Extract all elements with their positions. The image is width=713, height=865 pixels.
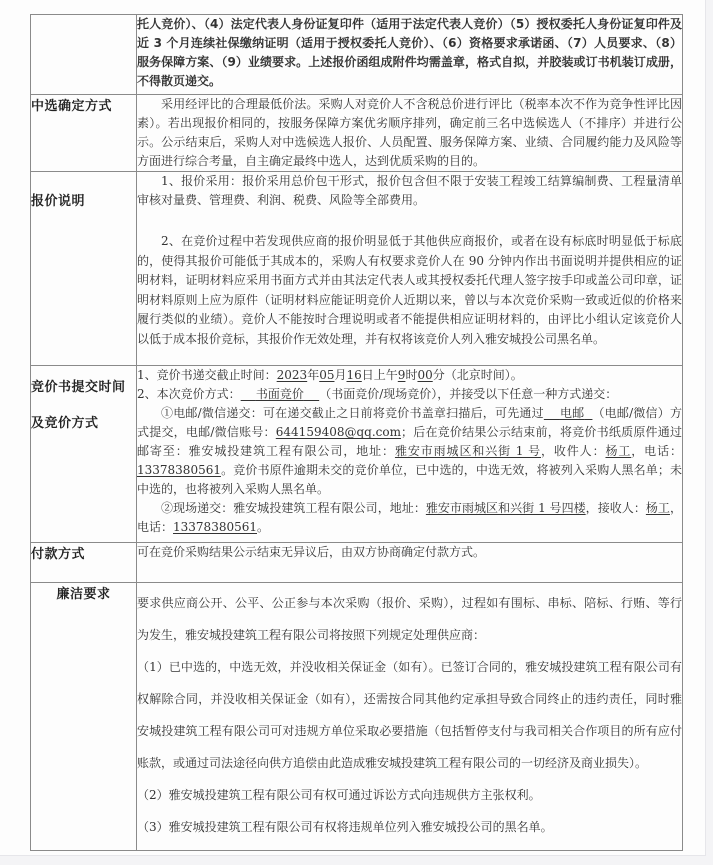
deadline-hour-unit: 时 xyxy=(405,368,417,382)
deadline-day: 16 xyxy=(347,368,362,382)
integrity-content: 要求供应商公开、公平、公正参与本次采购（报价、采购），过程如有围标、串标、陪标、… xyxy=(137,583,683,851)
onsite-p4: 。 xyxy=(257,520,269,534)
quote-item-2: 2、在竞价过程中若发现供应商的报价明显低于其他供应商报价，或者在设有标底时明显低… xyxy=(137,232,682,349)
payment-method-content: 可在竞价采购结果公示结束无异议后，由双方协商确定付款方式。 xyxy=(137,543,683,583)
row-label-submission: 竞价书提交时间 及竞价方式 xyxy=(31,366,137,543)
deadline-month: 05 xyxy=(319,368,334,382)
onsite-phone: 13378380561 xyxy=(173,520,257,534)
email-p1: ①电邮/微信递交：可在递交截止之日前将竞价书盖章扫描后，可先通过 xyxy=(161,406,544,420)
deadline-prefix: 1、竞价书递交截止时间： xyxy=(137,368,277,382)
onsite-address: 雅安市雨城区和兴街 1 号四楼 xyxy=(426,501,586,515)
email-p5: ，电话： xyxy=(631,444,682,458)
row-label-submission-line2: 及竞价方式 xyxy=(31,406,136,442)
deadline-line: 1、竞价书递交截止时间：2023年05月16日上午9时00分（北京时间）。 xyxy=(137,366,682,385)
deadline-minute: 00 xyxy=(417,368,432,382)
submission-content: 1、竞价书递交截止时间：2023年05月16日上午9时00分（北京时间）。 2、… xyxy=(137,366,683,543)
method-value: 书面竞价 xyxy=(256,387,304,401)
payment-method-text: 可在竞价采购结果公示结束无异议后，由双方协商确定付款方式。 xyxy=(137,543,682,562)
spacer xyxy=(137,210,682,232)
selection-method-text: 采用经评比的合理最低价法。采购人对竞价人不含税总价进行评比（税率本次不作为竞争性… xyxy=(137,95,682,171)
email-address: 雅安市雨城区和兴街 1 号 xyxy=(395,444,541,458)
documents-list-paragraph: 托人竞价）、（4）法定代表人身份证复印件（适用于法定代表人竞价）（5）授权委托人… xyxy=(137,15,682,91)
quote-description-content: 1、报价采用：报价采用总价包干形式，报价包含但不限于安装工程竣工结算编制费、工程… xyxy=(137,172,683,366)
deadline-suffix: 分（北京时间）。 xyxy=(433,368,523,382)
onsite-p1: ②现场递交：雅安城投建筑工程有限公司，地址： xyxy=(161,501,426,515)
email-account: 644159408@qq.com xyxy=(276,425,401,439)
integrity-item-2: （2）雅安城投建筑工程有限公司有权可通过诉讼方式向违规供方主张权利。 xyxy=(137,779,682,811)
integrity-intro: 要求供应商公开、公平、公正参与本次采购（报价、采购），过程如有围标、串标、陪标、… xyxy=(137,587,682,651)
table-row-integrity: 廉洁要求 要求供应商公开、公平、公正参与本次采购（报价、采购），过程如有围标、串… xyxy=(31,583,683,851)
deadline-day-unit: 日上午 xyxy=(362,368,398,382)
deadline-month-unit: 月 xyxy=(334,368,346,382)
row-label-submission-line1: 竞价书提交时间 xyxy=(31,370,136,406)
row-label-integrity: 廉洁要求 xyxy=(31,583,137,851)
row-label-payment-method: 付款方式 xyxy=(31,543,137,583)
deadline-year: 2023 xyxy=(277,368,308,382)
deadline-year-unit: 年 xyxy=(307,368,319,382)
email-phone: 13378380561 xyxy=(137,463,221,477)
method-line: 2、本次竞价方式： 书面竞价 （书面竞价/现场竞价），并接受以下任意一种方式递交… xyxy=(137,385,682,404)
procurement-table: 托人竞价）、（4）法定代表人身份证复印件（适用于法定代表人竞价）（5）授权委托人… xyxy=(30,14,683,851)
integrity-item-1: （1）已中选的，中选无效，并没收相关保证金（如有）。已签订合同的，雅安城投建筑工… xyxy=(137,651,682,779)
row-label-selection-method: 中选确定方式 xyxy=(31,95,137,172)
email-via: 电邮 xyxy=(560,406,584,420)
table-row-submission: 竞价书提交时间 及竞价方式 1、竞价书递交截止时间：2023年05月16日上午9… xyxy=(31,366,683,543)
table-row-selection-method: 中选确定方式 采用经评比的合理最低价法。采购人对竞价人不含税总价进行评比（税率本… xyxy=(31,95,683,172)
selection-method-content: 采用经评比的合理最低价法。采购人对竞价人不含税总价进行评比（税率本次不作为竞争性… xyxy=(137,95,683,172)
table-row-documents-continued: 托人竞价）、（4）法定代表人身份证复印件（适用于法定代表人竞价）（5）授权委托人… xyxy=(31,15,683,95)
email-submission-paragraph: ①电邮/微信递交：可在递交截止之日前将竞价书盖章扫描后，可先通过 电邮 （电邮/… xyxy=(137,404,682,499)
integrity-item-3: （3）雅安城投建筑工程有限公司有权将违规单位列入雅安城投公司的黑名单。 xyxy=(137,811,682,843)
method-prefix: 2、本次竞价方式： xyxy=(137,387,241,401)
method-suffix: （书面竞价/现场竞价），并接受以下任意一种方式递交： xyxy=(319,387,617,401)
table-row-payment-method: 付款方式 可在竞价采购结果公示结束无异议后，由双方协商确定付款方式。 xyxy=(31,543,683,583)
method-value-blank: 书面竞价 xyxy=(241,387,320,401)
quote-item-1: 1、报价采用：报价采用总价包干形式，报价包含但不限于安装工程竣工结算编制费、工程… xyxy=(137,172,682,210)
table-row-quote-description: 报价说明 1、报价采用：报价采用总价包干形式，报价包含但不限于安装工程竣工结算编… xyxy=(31,172,683,366)
onsite-recipient: 杨工 xyxy=(646,501,670,515)
onsite-p2: ，接收人： xyxy=(586,501,646,515)
email-recipient: 杨工 xyxy=(605,444,631,458)
onsite-submission-paragraph: ②现场递交：雅安城投建筑工程有限公司，地址：雅安市雨城区和兴街 1 号四楼，接收… xyxy=(137,499,682,537)
documents-list-text: 托人竞价）、（4）法定代表人身份证复印件（适用于法定代表人竞价）（5）授权委托人… xyxy=(137,15,683,95)
email-via-blank: 电邮 xyxy=(544,406,593,420)
row-label-quote-description: 报价说明 xyxy=(31,172,137,366)
email-p4: ，收件人： xyxy=(541,444,606,458)
row-label-empty xyxy=(31,15,137,95)
document-page: 托人竞价）、（4）法定代表人身份证复印件（适用于法定代表人竞价）（5）授权委托人… xyxy=(0,0,706,856)
